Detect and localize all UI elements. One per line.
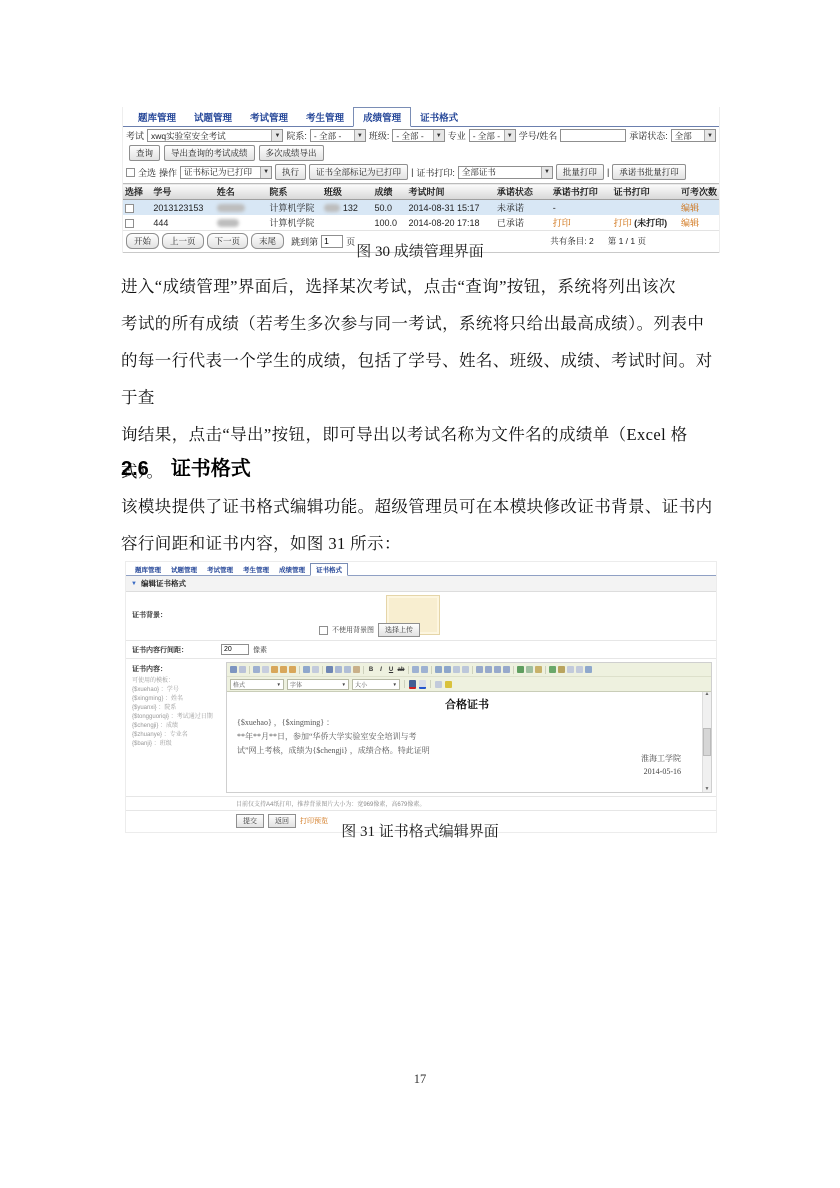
edit-link[interactable]: 编辑 [681, 218, 699, 228]
select-all-checkbox[interactable] [126, 168, 135, 177]
no-bg-checkbox[interactable] [319, 626, 328, 635]
insert-link-icon[interactable] [517, 666, 524, 673]
cut-icon[interactable] [253, 666, 260, 673]
edit-cert-panel-header[interactable]: ▼ 编辑证书格式 [126, 576, 716, 592]
class-select-value: - 全部 - [396, 130, 423, 142]
format-dropdown[interactable]: 格式 ▼ [230, 679, 284, 690]
cert-date: 2014-05-16 [641, 765, 681, 778]
promise-batch-print-button[interactable]: 承诺书批量打印 [612, 164, 686, 180]
ops-row: 全选 操作 证书标记为已打印 ▼ 执行 证书全部标记为已打印 | 证书打印: 全… [123, 163, 719, 182]
col-retries: 可考次数 [679, 184, 719, 200]
remove-link-icon[interactable] [526, 666, 533, 673]
exam-select-value: xwq实验室安全考试 [151, 130, 226, 142]
no-bg-label: 不使用背景图 [332, 625, 374, 635]
chevron-down-icon: ▼ [354, 130, 365, 141]
cell-exam-time: 2014-08-20 17:18 [406, 215, 494, 230]
cell-promise-print: - [551, 200, 612, 216]
indent-icon[interactable] [462, 666, 469, 673]
redo-icon[interactable] [312, 666, 319, 673]
line-height-unit: 像素 [253, 645, 267, 655]
row-checkbox[interactable] [125, 204, 134, 213]
exam-label: 考试 [126, 129, 144, 142]
export-query-button[interactable]: 导出查询的考试成绩 [164, 145, 255, 161]
tab-question-bank[interactable]: 题库管理 [129, 108, 185, 126]
section-heading: 2.6证书格式 [121, 452, 251, 481]
chevron-down-icon: ▼ [271, 130, 282, 141]
tab-exams[interactable]: 考试管理 [241, 108, 297, 126]
align-left-icon[interactable] [476, 666, 483, 673]
copy-icon[interactable] [262, 666, 269, 673]
cert-line-3: 试”网上考核，成绩为{$chengji} ，成绩合格。特此证明 [237, 744, 697, 758]
scrollbar-thumb[interactable] [703, 728, 711, 756]
section-title: 证书格式 [171, 458, 251, 480]
find-icon[interactable] [326, 666, 333, 673]
cell-student-id: 444 [151, 215, 214, 230]
status-select-value: 全部 [675, 130, 692, 142]
major-select[interactable]: - 全部 - ▼ [469, 129, 516, 142]
table-row[interactable]: 444 计算机学院 100.0 2014-08-20 17:18 已承诺 打印 … [123, 215, 719, 230]
major-select-value: - 全部 - [473, 130, 500, 142]
align-right-icon[interactable] [494, 666, 501, 673]
figure-30-screenshot: 题库管理 试题管理 考试管理 考生管理 成绩管理 证书格式 考试 xwq实验室安… [122, 107, 720, 253]
figure-30-caption: 图 30 成绩管理界面 [122, 240, 718, 261]
cert-bg-label: 证书背景： [126, 592, 221, 640]
font-dropdown[interactable]: 字体 ▼ [287, 679, 349, 690]
redacted-class [324, 204, 340, 212]
preview-icon[interactable] [239, 666, 246, 673]
cell-dept: 计算机学院 [267, 200, 322, 216]
status-label: 承诺状态: [629, 129, 668, 142]
status-select[interactable]: 全部 ▼ [671, 129, 716, 142]
execute-button[interactable]: 执行 [275, 164, 306, 180]
toolbar-separator [299, 666, 300, 674]
redacted-name [217, 204, 245, 212]
toolbar-separator [363, 666, 364, 674]
class-label: 班级: [369, 129, 390, 142]
cert-print-note: (未打印) [634, 218, 667, 228]
col-select: 选择 [123, 184, 151, 200]
template-var: {$yuanxi} ：院系 [132, 704, 222, 713]
tab-questions[interactable]: 试题管理 [166, 564, 202, 575]
tab-cert-format-active[interactable]: 证书格式 [310, 563, 348, 576]
strikethrough-icon[interactable]: ab [397, 667, 405, 673]
bg-color-icon[interactable] [419, 680, 426, 689]
font-dropdown-label: 字体 [290, 680, 302, 689]
toolbar-separator [408, 666, 409, 674]
tab-candidates[interactable]: 考生管理 [297, 108, 353, 126]
template-var: {$xuehao} ：学号 [132, 686, 222, 695]
template-var: {$zhuanye} ：专业名 [132, 731, 222, 740]
format-dropdown-label: 格式 [233, 680, 245, 689]
unordered-list-icon[interactable] [444, 666, 451, 673]
dept-select-value: - 全部 - [314, 130, 341, 142]
about-icon[interactable] [445, 681, 452, 688]
cert-content-row: 证书内容： 可使用的模板： {$xuehao} ：学号 {$xingming} … [126, 659, 716, 797]
mark-all-printed-button[interactable]: 证书全部标记为已打印 [309, 164, 408, 180]
dept-select[interactable]: - 全部 - ▼ [310, 129, 366, 142]
cert-line-1: {$xuehao} ，{$xingming} ： [237, 716, 697, 730]
cell-cert-print [612, 200, 679, 216]
batch-print-button[interactable]: 批量打印 [556, 164, 604, 180]
maximize-icon[interactable] [435, 681, 442, 688]
template-var: {$banji} ：班级 [132, 740, 222, 749]
size-dropdown-label: 大小 [355, 680, 367, 689]
cell-score: 50.0 [372, 200, 406, 216]
col-dept: 院系 [267, 184, 322, 200]
col-class: 班级 [322, 184, 373, 200]
op-label: 操作 [159, 166, 177, 179]
col-promise-print: 承诺书打印 [551, 184, 612, 200]
cert-print-link[interactable]: 打印 [614, 218, 632, 228]
divider: | [411, 167, 413, 177]
cert-background-row: 证书背景： 不使用背景图 选择上传 [126, 592, 716, 641]
smiley-icon[interactable] [585, 666, 592, 673]
chevron-down-icon: ▼ [433, 130, 444, 141]
editor-toolbar-dropdowns: 格式 ▼ 字体 ▼ 大小 ▼ [227, 677, 711, 692]
remove-format-icon[interactable] [353, 666, 360, 673]
special-char-icon[interactable] [576, 666, 583, 673]
paste-text-icon[interactable] [280, 666, 287, 673]
edit-link[interactable]: 编辑 [681, 203, 699, 213]
chevron-down-icon: ▼ [274, 682, 281, 687]
tab-grades[interactable]: 成绩管理 [274, 564, 310, 575]
page-number: 17 [0, 1072, 840, 1087]
cell-score: 100.0 [372, 215, 406, 230]
align-justify-icon[interactable] [503, 666, 510, 673]
chevron-down-icon: ▼ [390, 682, 397, 687]
query-button[interactable]: 查询 [129, 145, 160, 161]
line-height-row: 证书内容行间距： 像素 [126, 641, 716, 659]
toolbar-separator [322, 666, 323, 674]
row-checkbox[interactable] [125, 219, 134, 228]
print-size-note: 目前仅支持A4纸打印，推荐背景图片大小为：宽969像素，高679像素。 [126, 797, 716, 811]
scroll-up-icon[interactable]: ▲ [705, 692, 710, 697]
major-label: 专业 [448, 129, 466, 142]
cert-content-sidebar: 证书内容： 可使用的模板： {$xuehao} ：学号 {$xingming} … [126, 659, 226, 796]
template-var: {$chengji} ：成绩 [132, 722, 222, 731]
underline-icon[interactable]: U [387, 667, 395, 673]
line-height-input[interactable] [221, 644, 249, 655]
cert-signer: 淮海工学院 [641, 752, 681, 765]
line-height-label: 证书内容行间距： [126, 641, 221, 658]
table-row[interactable]: 2013123153 计算机学院 132 50.0 2014-08-31 15:… [123, 200, 719, 216]
chevron-down-icon: ▼ [260, 167, 271, 178]
figure-31-screenshot: 题库管理 试题管理 考试管理 考生管理 成绩管理 证书格式 ▼ 编辑证书格式 证… [125, 561, 717, 833]
paste-word-icon[interactable] [289, 666, 296, 673]
superscript-icon[interactable] [421, 666, 428, 673]
outdent-icon[interactable] [453, 666, 460, 673]
cert-title: 合格证书 [237, 696, 697, 712]
cert-print-select[interactable]: 全部证书 ▼ [458, 166, 553, 179]
dept-label: 院系: [286, 129, 307, 142]
tab-grades-active[interactable]: 成绩管理 [353, 107, 411, 127]
size-dropdown[interactable]: 大小 ▼ [352, 679, 400, 690]
chevron-down-icon: ▼ [704, 130, 715, 141]
tab-bar: 题库管理 试题管理 考试管理 考生管理 成绩管理 证书格式 [123, 107, 719, 127]
template-var: {$tongguoriqi} ：考试通过日期 [132, 713, 222, 722]
cell-promise-status: 未承诺 [495, 200, 551, 216]
ordered-list-icon[interactable] [435, 666, 442, 673]
select-all-icon[interactable] [344, 666, 351, 673]
cert-line-2: **年**月**日，参加“华侨大学实验室安全培训与考 [237, 730, 697, 744]
cell-dept: 计算机学院 [267, 215, 322, 230]
undo-icon[interactable] [303, 666, 310, 673]
toolbar-separator [513, 666, 514, 674]
cert-content-label: 证书内容： [132, 665, 222, 674]
tab-bar: 题库管理 试题管理 考试管理 考生管理 成绩管理 证书格式 [126, 562, 716, 576]
select-all-label: 全选 [138, 166, 156, 179]
toolbar-separator [404, 680, 405, 688]
cell-exam-time: 2014-08-31 15:17 [406, 200, 494, 216]
anchor-icon[interactable] [535, 666, 542, 673]
cell-class: 132 [343, 203, 358, 213]
italic-icon[interactable]: I [377, 667, 385, 673]
op-select[interactable]: 证书标记为已打印 ▼ [180, 166, 272, 179]
editor-content-area[interactable]: 合格证书 {$xuehao} ，{$xingming} ： **年**月**日，… [227, 692, 711, 792]
upload-button[interactable]: 选择上传 [378, 623, 420, 637]
exam-select[interactable]: xwq实验室安全考试 ▼ [147, 129, 283, 142]
chevron-down-icon: ▼ [541, 167, 552, 178]
document-page: 题库管理 试题管理 考试管理 考生管理 成绩管理 证书格式 考试 xwq实验室安… [0, 0, 840, 1188]
op-select-value: 证书标记为已打印 [184, 166, 252, 178]
chevron-down-icon: ▼ [504, 130, 515, 141]
cell-promise-status: 已承诺 [495, 215, 551, 230]
cell-student-id: 2013123153 [151, 200, 214, 216]
paragraph-cert-format: 该模块提供了证书格式编辑功能。超级管理员可在本模块修改证书背景、证书内 容行间距… [121, 488, 721, 562]
tab-question-bank[interactable]: 题库管理 [130, 564, 166, 575]
tab-questions[interactable]: 试题管理 [185, 108, 241, 126]
cert-print-select-value: 全部证书 [462, 166, 496, 178]
horizontal-rule-icon[interactable] [567, 666, 574, 673]
template-hint: 可使用的模板： [132, 677, 222, 686]
toolbar-separator [249, 666, 250, 674]
idname-label: 学号/姓名 [519, 129, 558, 142]
redacted-name [217, 219, 239, 227]
tab-exams[interactable]: 考试管理 [202, 564, 238, 575]
col-cert-print: 证书打印 [612, 184, 679, 200]
col-score: 成绩 [372, 184, 406, 200]
align-center-icon[interactable] [485, 666, 492, 673]
subscript-icon[interactable] [412, 666, 419, 673]
col-promise-status: 承诺状态 [495, 184, 551, 200]
bold-icon[interactable]: B [367, 667, 375, 673]
collapse-triangle-icon: ▼ [131, 581, 137, 587]
insert-image-icon[interactable] [549, 666, 556, 673]
text-color-icon[interactable] [409, 680, 416, 689]
divider: | [607, 167, 609, 177]
grades-table: 选择 学号 姓名 院系 班级 成绩 考试时间 承诺状态 承诺书打印 证书打印 可… [123, 183, 719, 230]
col-exam-time: 考试时间 [406, 184, 494, 200]
replace-icon[interactable] [335, 666, 342, 673]
template-var: {$xingming} ：姓名 [132, 695, 222, 704]
tab-candidates[interactable]: 考生管理 [238, 564, 274, 575]
editor-toolbar-icons: B I U ab [227, 663, 711, 677]
editor-scrollbar[interactable]: ▲ ▼ [702, 692, 711, 792]
filter-row: 考试 xwq实验室安全考试 ▼ 院系: - 全部 - ▼ 班级: - 全部 - … [123, 127, 719, 144]
toolbar-separator [430, 680, 431, 688]
paste-icon[interactable] [271, 666, 278, 673]
action-button-row: 查询 导出查询的考试成绩 多次成绩导出 [123, 144, 719, 163]
table-header-row: 选择 学号 姓名 院系 班级 成绩 考试时间 承诺状态 承诺书打印 证书打印 可… [123, 184, 719, 200]
cert-print-label: 证书打印: [416, 166, 455, 179]
chevron-down-icon: ▼ [339, 682, 346, 687]
promise-print-link[interactable]: 打印 [553, 218, 571, 228]
panel-title: 编辑证书格式 [141, 578, 186, 589]
section-number: 2.6 [121, 458, 149, 480]
scroll-down-icon[interactable]: ▼ [705, 787, 710, 792]
rich-text-editor: B I U ab [226, 662, 712, 793]
figure-31-caption: 图 31 证书格式编辑界面 [122, 820, 718, 841]
tab-cert-format[interactable]: 证书格式 [411, 108, 467, 126]
cell-class [322, 215, 373, 230]
col-student-id: 学号 [151, 184, 214, 200]
class-select[interactable]: - 全部 - ▼ [392, 129, 444, 142]
multi-export-button[interactable]: 多次成绩导出 [259, 145, 324, 161]
col-name: 姓名 [215, 184, 268, 200]
source-code-icon[interactable] [230, 666, 237, 673]
idname-input[interactable] [560, 129, 626, 142]
toolbar-separator [431, 666, 432, 674]
insert-table-icon[interactable] [558, 666, 565, 673]
toolbar-separator [472, 666, 473, 674]
toolbar-separator [545, 666, 546, 674]
